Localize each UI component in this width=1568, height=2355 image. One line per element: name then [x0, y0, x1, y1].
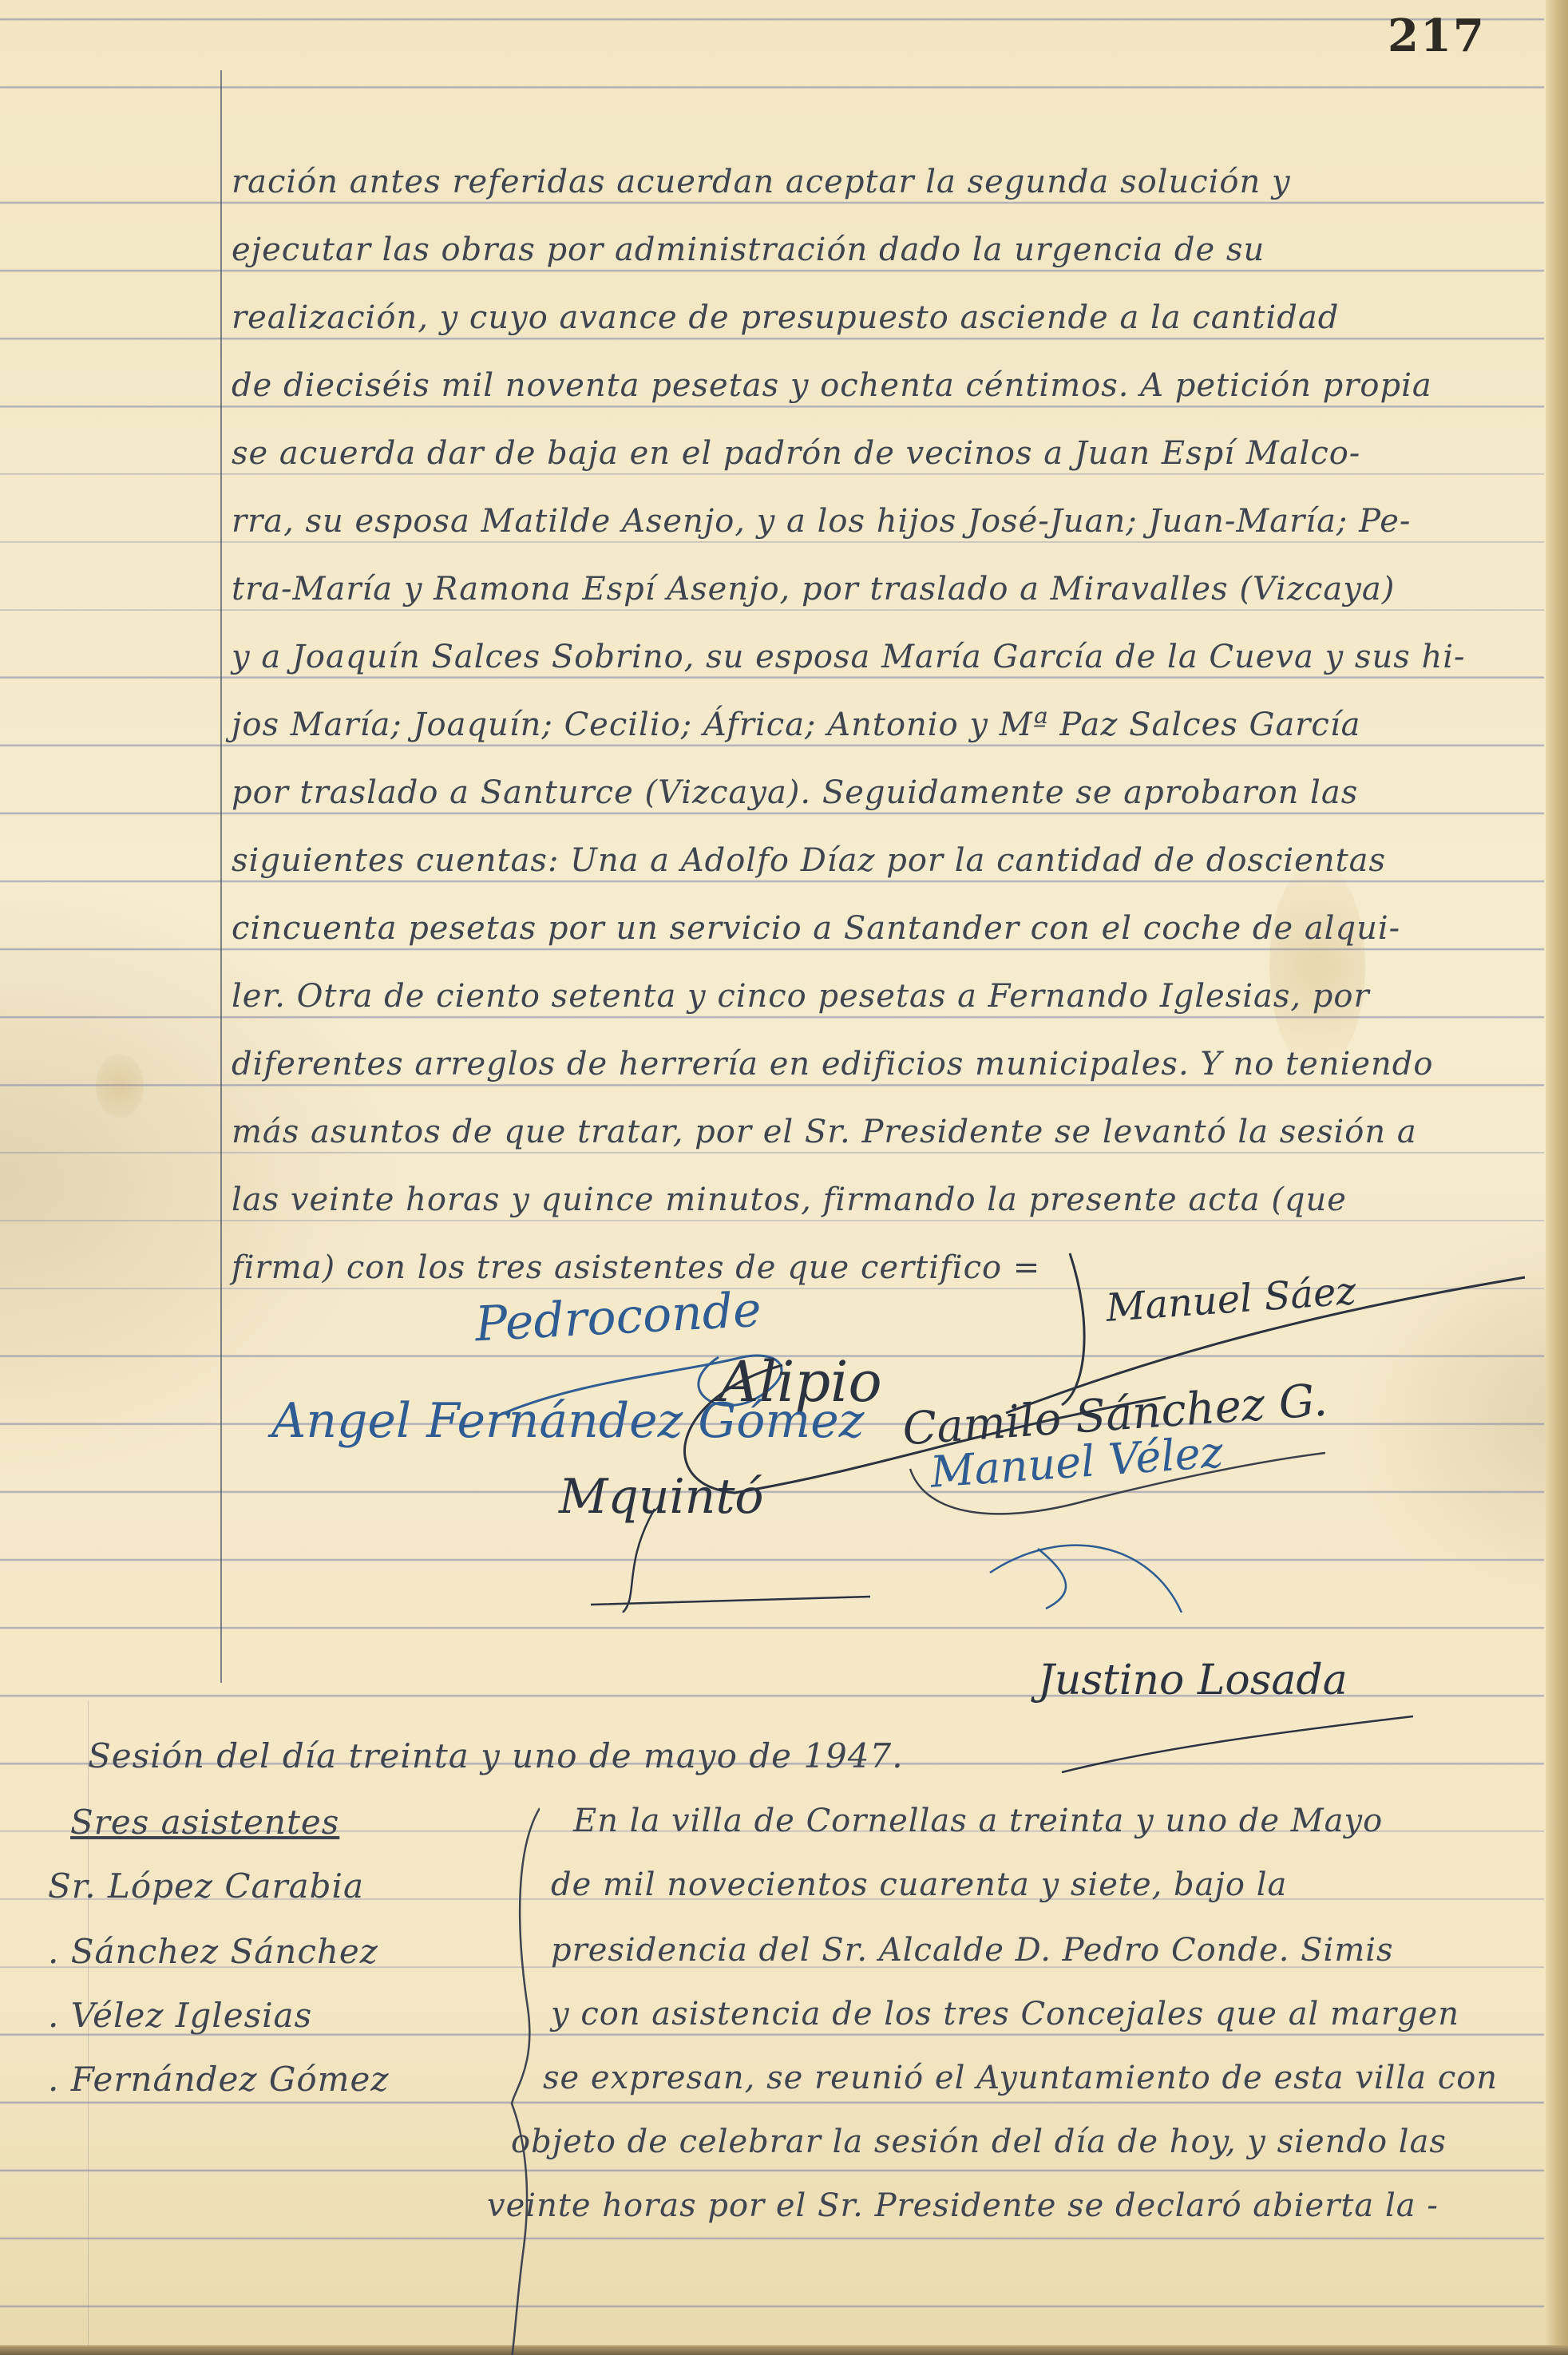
session-body-line-7: veinte horas por el Sr. Presidente se de… [487, 2187, 1439, 2224]
body-line-6: rra, su esposa Matilde Asenjo, y a los h… [232, 503, 1525, 540]
body-line-9: jos María; Joaquín; Cecilio; África; Ant… [232, 706, 1525, 743]
session-body-line-6: objeto de celebrar la sesión del día de … [511, 2123, 1447, 2160]
session-body-line-5: se expresan, se reunió el Ayuntamiento d… [543, 2060, 1498, 2096]
body-line-15: más asuntos de que tratar, por el Sr. Pr… [232, 1114, 1525, 1150]
body-line-7: tra-María y Ramona Espí Asenjo, por tras… [232, 571, 1525, 608]
session-body-line-1: En la villa de Cornellas a treinta y uno… [573, 1803, 1383, 1839]
signature-flourish [559, 1477, 878, 1613]
body-line-13: ler. Otra de ciento setenta y cinco pese… [232, 978, 1525, 1015]
attendee-1: Sr. López Carabia [48, 1866, 364, 1906]
signature-angel-fernandez: Angel Fernández Gómez [271, 1393, 864, 1449]
attendee-4: . Fernández Gómez [48, 2060, 389, 2099]
session-body-line-2: de mil novecientos cuarenta y siete, baj… [551, 1866, 1287, 1903]
session-body-line-3: presidencia del Sr. Alcalde D. Pedro Con… [551, 1932, 1394, 1969]
session-body-line-4: y con asistencia de los tres Concejales … [551, 1996, 1459, 2032]
body-line-1: ración antes referidas acuerdan aceptar … [232, 164, 1525, 200]
body-line-16: las veinte horas y quince minutos, firma… [232, 1181, 1525, 1218]
paper-stain [96, 1054, 144, 1118]
body-line-2: ejecutar las obras por administración da… [232, 232, 1525, 268]
attendee-3: . Vélez Iglesias [48, 1996, 312, 2035]
body-line-3: realización, y cuyo avance de presupuest… [232, 299, 1525, 336]
page-number: 217 [1388, 10, 1486, 62]
body-line-5: se acuerda dar de baja en el padrón de v… [232, 435, 1525, 472]
attendees-heading: Sres asistentes [70, 1803, 339, 1842]
page-edge-right [1546, 0, 1568, 2355]
margin-rule [220, 70, 222, 1683]
body-line-10: por traslado a Santurce (Vizcaya). Segui… [232, 774, 1525, 811]
body-line-11: siguientes cuentas: Una a Adolfo Díaz po… [232, 842, 1525, 879]
session-heading: Sesión del día treinta y uno de mayo de … [88, 1736, 904, 1775]
signature-flourish [942, 1477, 1261, 1613]
body-line-12: cincuenta pesetas por un servicio a Sant… [232, 910, 1525, 947]
body-line-8: y a Joaquín Salces Sobrino, su esposa Ma… [232, 639, 1525, 675]
brace-bracket [508, 1800, 540, 2355]
signature-flourish [1038, 1692, 1421, 1780]
ledger-page: 217 ración antes referidas acuerdan acep… [0, 0, 1568, 2355]
page-edge-bottom [0, 2345, 1568, 2355]
body-line-14: diferentes arreglos de herrería en edifi… [232, 1046, 1525, 1083]
attendee-2: . Sánchez Sánchez [48, 1932, 378, 1971]
body-line-17: firma) con los tres asistentes de que ce… [232, 1249, 1040, 1286]
body-line-4: de dieciséis mil noventa pesetas y ochen… [232, 367, 1525, 404]
paper-stain [1269, 862, 1365, 1070]
